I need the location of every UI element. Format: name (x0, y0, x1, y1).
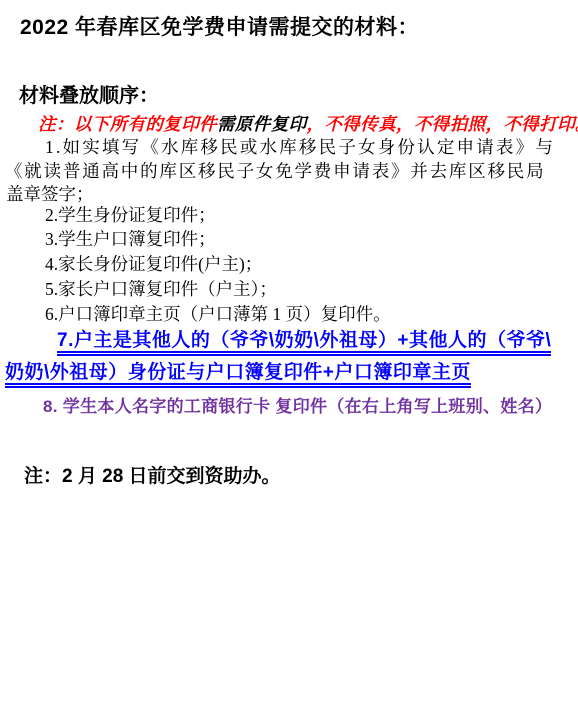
copy-note-red-tail: ，不得传真，不得拍照，不得打印。 (307, 114, 578, 134)
list-item-7-line-1: 7.户主是其他人的（爷爷\奶奶\外祖母）+其他人的（爷爷\ (57, 331, 551, 356)
list-item-1-line-2: 《就读普通高中的库区移民子女免学费申请表》并去库区移民局 (5, 163, 545, 181)
list-item-1-line-3: 盖章签字； (6, 186, 94, 204)
copy-requirement-note: 注：以下所有的复印件需原件复印，不得传真，不得拍照，不得打印。 (38, 116, 578, 134)
copy-note-black-emphasis: 需原件复印 (217, 114, 307, 134)
list-item-1-line-1: 1.如实填写《水库移民或水库移民子女身份认定申请表》与 (45, 139, 555, 157)
list-item-4: 4.家长身份证复印件(户主)； (45, 256, 262, 274)
copy-note-red-lead: 注：以下所有的复印件 (38, 114, 217, 134)
list-item-8: 8. 学生本人名字的工商银行卡 复印件（在右上角写上班别、姓名） (43, 398, 552, 415)
document-page: 2022 年春库区免学费申请需提交的材料： 材料叠放顺序： 注：以下所有的复印件… (0, 0, 578, 704)
list-item-2: 2.学生身份证复印件； (45, 207, 216, 225)
page-title: 2022 年春库区免学费申请需提交的材料： (20, 17, 419, 38)
list-item-6: 6.户口簿印章主页（户口薄第 1 页）复印件。 (45, 306, 391, 324)
list-item-3: 3.学生户口簿复印件； (45, 231, 216, 249)
list-item-5: 5.家长户口簿复印件（户主）； (45, 281, 277, 299)
section-heading: 材料叠放顺序： (19, 86, 159, 106)
list-item-7-line-2: 奶奶\外祖母）身份证与户口簿复印件+户口簿印章主页 (5, 363, 471, 388)
deadline-note: 注：2 月 28 日前交到资助办。 (24, 467, 281, 486)
